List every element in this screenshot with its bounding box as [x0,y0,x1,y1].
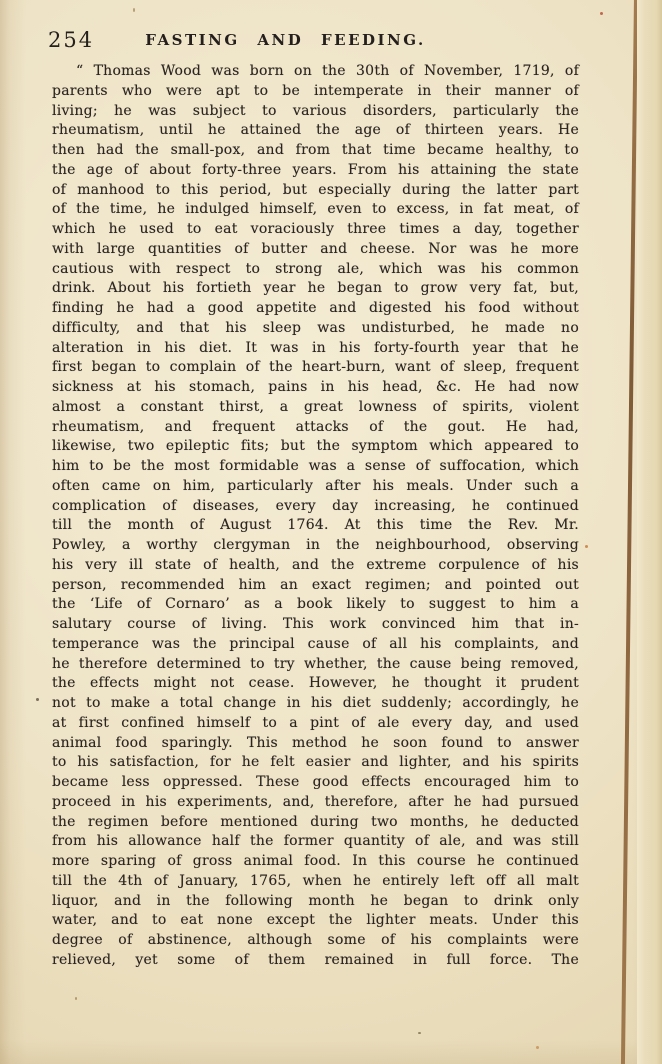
text-line: parents who were apt to be intemperate i… [52,82,579,102]
text-line: often came on him, particularly after hi… [52,477,579,497]
text-line: with large quantities of butter and chee… [52,240,579,260]
text-line: rheumatism, and frequent attacks of the … [52,418,579,438]
book-page: 254 FASTING AND FEEDING. “ Thomas Wood w… [0,0,662,1064]
text-line: likewise, two epileptic fits; but the sy… [52,437,579,457]
text-line: the ‘Life of Cornaro’ as a book likely t… [52,595,579,615]
text-line: salutary course of living. This work con… [52,615,579,635]
text-line: cautious with respect to strong ale, whi… [52,260,579,280]
text-line: person, recommended him an exact regimen… [52,576,579,596]
text-line: “ Thomas Wood was born on the 30th of No… [52,62,579,82]
text-line: complication of diseases, every day incr… [52,497,579,517]
text-line: difficulty, and that his sleep was undis… [52,319,579,339]
page-edge-strip [637,0,662,1064]
paper-speck [600,12,603,15]
paper-speck [585,545,588,548]
text-line: of manhood to this period, but especiall… [52,181,579,201]
text-line: became less oppressed. These good effect… [52,773,579,793]
text-line: to his satisfaction, for he felt easier … [52,753,579,773]
text-line: alteration in his diet. It was in his fo… [52,339,579,359]
text-line: almost a constant thirst, a great lownes… [52,398,579,418]
text-line: the regimen before mentioned during two … [52,813,579,833]
text-line: proceed in his experiments, and, therefo… [52,793,579,813]
text-line: him to be the most formidable was a sens… [52,457,579,477]
text-line: finding he had a good appetite and diges… [52,299,579,319]
text-line: till the 4th of January, 1765, when he e… [52,872,579,892]
text-line: he therefore determined to try whether, … [52,655,579,675]
text-line: the age of about forty-three years. From… [52,161,579,181]
text-line: more sparing of gross animal food. In th… [52,852,579,872]
text-line: the effects might not cease. However, he… [52,674,579,694]
text-line: not to make a total change in his diet s… [52,694,579,714]
text-line: drink. About his fortieth year he began … [52,279,579,299]
text-line: water, and to eat none except the lighte… [52,911,579,931]
paper-speck [133,8,135,12]
text-line: animal food sparingly. This method he so… [52,734,579,754]
text-line: from his allowance half the former quant… [52,832,579,852]
paper-speck [418,1032,421,1034]
text-line: living; he was subject to various disord… [52,102,579,122]
text-line: till the month of August 1764. At this t… [52,516,579,536]
text-line: rheumatism, until he attained the age of… [52,121,579,141]
text-line: temperance was the principal cause of al… [52,635,579,655]
page-header: 254 FASTING AND FEEDING. [52,28,579,54]
paper-speck [36,698,39,701]
text-line: relieved, yet some of them remained in f… [52,951,579,971]
text-line: then had the small-pox, and from that ti… [52,141,579,161]
text-line: at first confined himself to a pint of a… [52,714,579,734]
text-line: degree of abstinence, although some of h… [52,931,579,951]
text-line: his very ill state of health, and the ex… [52,556,579,576]
running-title: FASTING AND FEEDING. [22,31,549,49]
text-line: liquor, and in the following month he be… [52,892,579,912]
text-line: first began to complain of the heart-bur… [52,358,579,378]
paper-speck [75,997,77,1000]
text-line: Powley, a worthy clergyman in the neighb… [52,536,579,556]
body-text: “ Thomas Wood was born on the 30th of No… [52,62,579,971]
page-edge-line [621,0,638,1064]
text-line: which he used to eat voraciously three t… [52,220,579,240]
paper-speck [536,1046,539,1049]
text-line: of the time, he indulged himself, even t… [52,200,579,220]
text-line: sickness at his stomach, pains in his he… [52,378,579,398]
